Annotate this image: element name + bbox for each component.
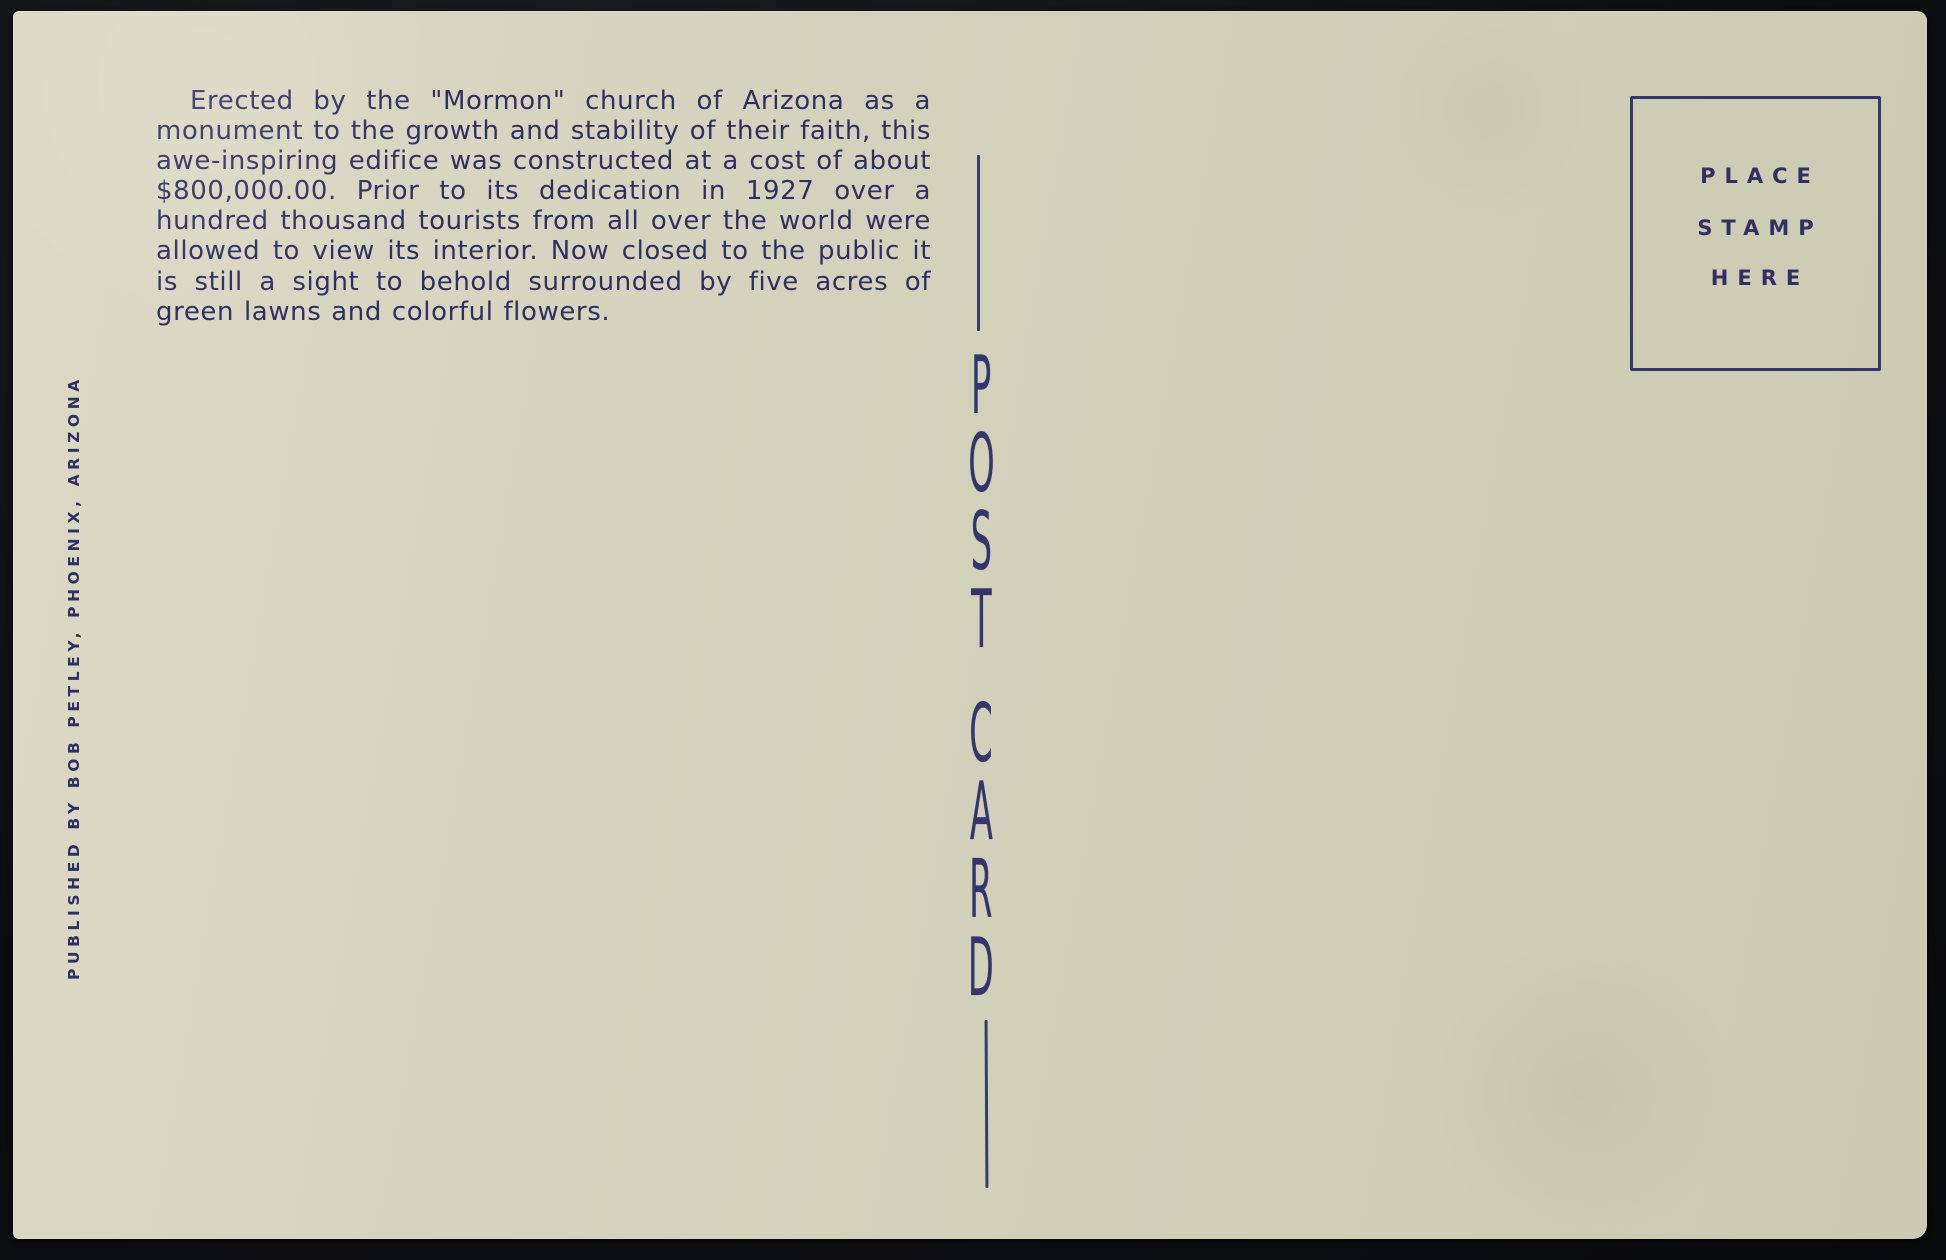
description-paragraph: Erected by the "Mormon" church of Arizon…: [156, 86, 931, 327]
post-card-letter: D: [968, 929, 994, 1007]
divider-line-bottom: [985, 1020, 988, 1188]
post-card-letter: A: [970, 773, 993, 851]
stamp-label-place: PLACE: [1633, 165, 1878, 187]
post-card-letter: S: [970, 503, 991, 581]
post-card-letter: R: [969, 851, 992, 929]
post-card-letter: C: [969, 695, 992, 773]
divider-line-top: [977, 155, 980, 331]
publisher-text: PUBLISHED BY BOB PETLEY, PHOENIX, ARIZON…: [67, 375, 82, 980]
post-card-label: P O S T C A R D: [961, 347, 1001, 1007]
description-text: Erected by the "Mormon" church of Arizon…: [156, 86, 931, 327]
postcard: PUBLISHED BY BOB PETLEY, PHOENIX, ARIZON…: [13, 11, 1927, 1239]
post-card-letter: P: [971, 347, 991, 425]
stamp-placement-box: PLACE STAMP HERE: [1630, 96, 1881, 371]
post-card-letter: T: [971, 581, 992, 659]
post-card-letter: O: [968, 425, 994, 503]
stamp-label-here: HERE: [1633, 267, 1878, 289]
stamp-label-stamp: STAMP: [1633, 217, 1878, 239]
